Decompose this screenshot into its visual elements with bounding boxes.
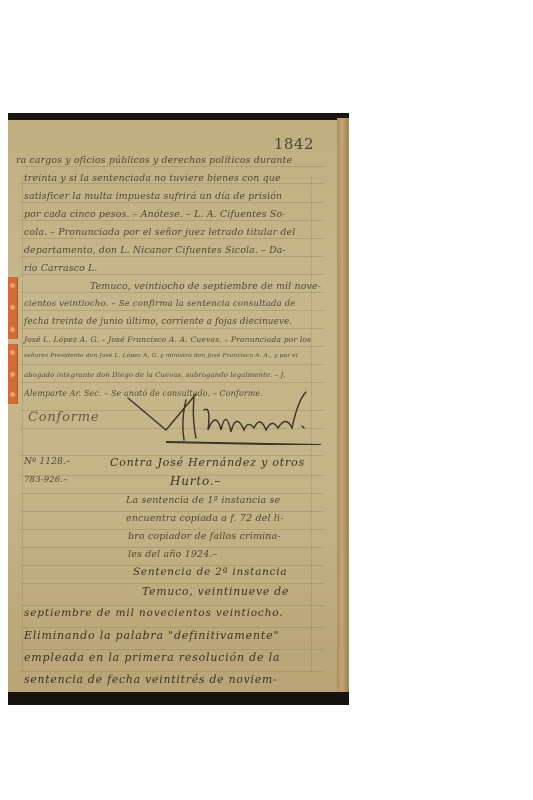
ledger-page: 1842 ra cargos y oficios públicos y dere… xyxy=(8,120,338,692)
text-line: cola. – Pronunciada por el señor juez le… xyxy=(24,227,295,238)
note-line: Sentencia de 2ª instancia xyxy=(133,566,287,578)
book-spine-edge xyxy=(337,118,349,694)
note-line: les del año 1924.– xyxy=(128,549,218,560)
text-line: Temuco, veintiocho de septiembre de mil … xyxy=(90,281,321,292)
orange-tab-bottom xyxy=(8,344,18,404)
text-line: satisficer la multa impuesta sufrirá un … xyxy=(24,191,282,202)
text-line: departamento, don L. Nicanor Cifuentes S… xyxy=(24,245,286,256)
conforme-label: Conforme xyxy=(28,410,99,425)
note-line: encuentra copiada a f. 72 del li- xyxy=(126,513,284,524)
note-line: bro copiador de fallos crimina- xyxy=(128,531,281,542)
case-number: Nº 1128.– xyxy=(24,457,71,467)
case-title: Contra José Hernández y otros xyxy=(110,456,305,469)
page-number: 1842 xyxy=(274,135,314,153)
text-line: fecha treinta de junio último, corriente… xyxy=(24,317,292,327)
orange-tab-top xyxy=(8,277,18,339)
document-photo: 1842 ra cargos y oficios públicos y dere… xyxy=(8,113,349,705)
text-line: septiembre de mil novecientos veintiocho… xyxy=(24,607,283,619)
text-line: treinta y si la sentenciada no tuviere b… xyxy=(24,173,281,184)
text-line: abogado integrante don Diego de la Cueva… xyxy=(24,371,285,379)
text-line: sentencia de fecha veintitrés de noviem- xyxy=(24,673,278,686)
note-line: Temuco, veintinueve de xyxy=(142,585,289,598)
case-reference: 783-926.– xyxy=(24,475,68,485)
text-line: cientos veintiocho. – Se confirma la sen… xyxy=(24,299,296,309)
text-line: río Carrasco L. xyxy=(24,263,98,274)
case-crime: Hurto.– xyxy=(170,474,221,488)
text-line: señores Presidente don José L. López A. … xyxy=(24,353,298,359)
note-line: La sentencia de 1ª instancia se xyxy=(126,495,280,506)
text-line: empleada en la primera resolución de la xyxy=(24,651,280,664)
text-line: Eliminando la palabra "definitivamente" xyxy=(24,629,279,642)
binding-shadow xyxy=(8,692,349,705)
text-line: José L. López A. G. – José Francisco A. … xyxy=(24,335,311,344)
text-line: por cada cinco pesos. – Anótese. – L. A.… xyxy=(24,209,286,220)
text-line: ra cargos y oficios públicos y derechos … xyxy=(16,155,292,166)
signature xyxy=(126,390,326,445)
